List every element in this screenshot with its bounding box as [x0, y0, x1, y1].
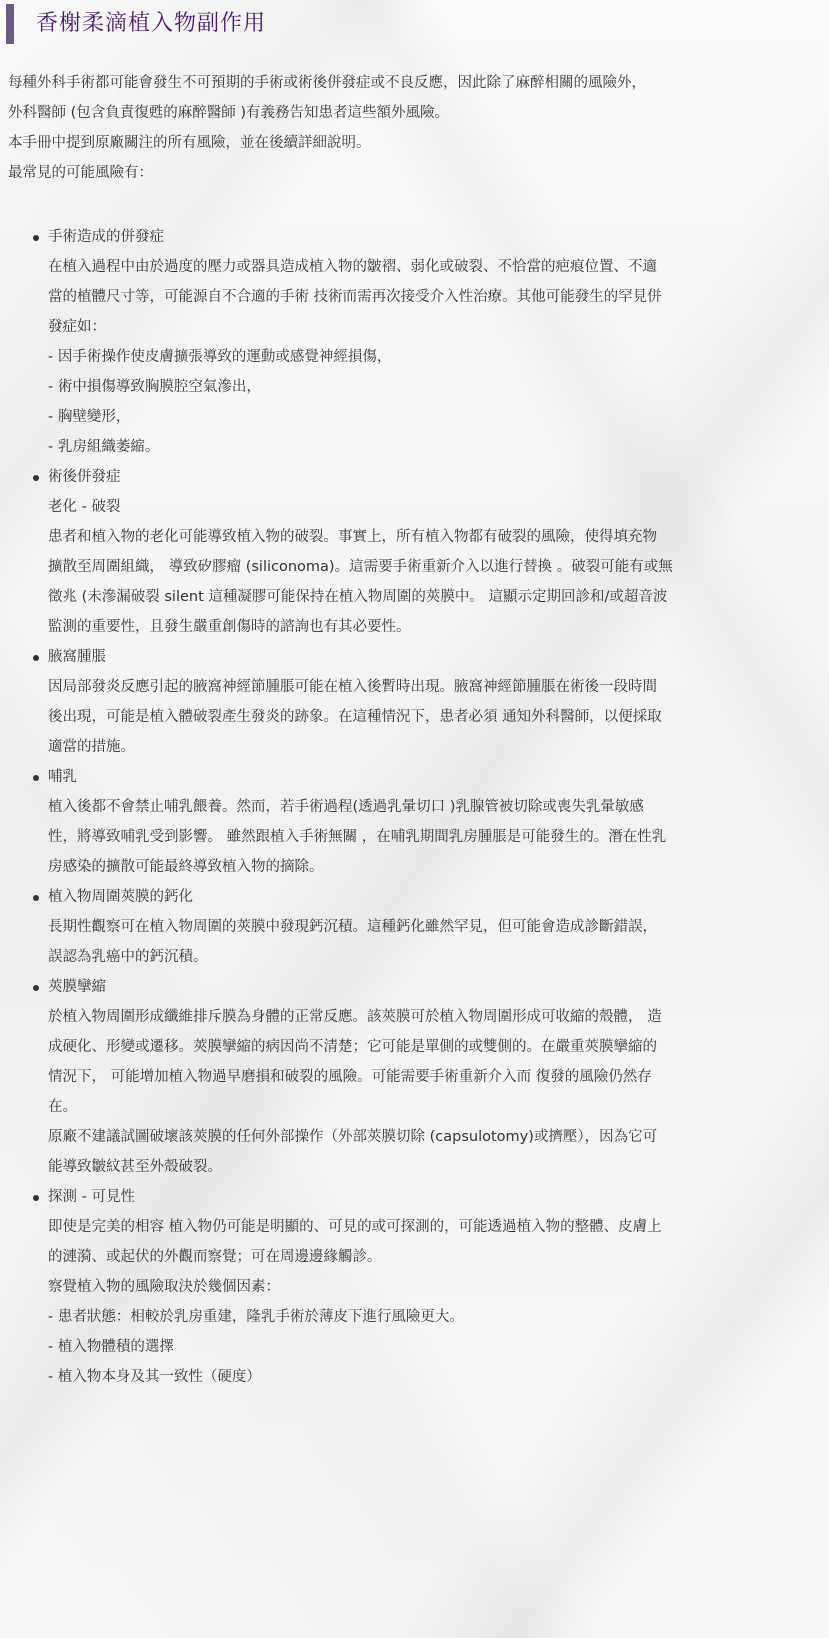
risk-text-line: - 乳房組織萎縮。	[0, 432, 829, 462]
bullet-icon	[33, 655, 39, 661]
risk-text-line: 能導致皺紋甚至外殼破裂。	[0, 1152, 829, 1182]
risk-text-line: - 術中損傷導致胸膜腔空氣滲出，	[0, 372, 829, 402]
risk-text-line: 適當的措施。	[0, 732, 829, 762]
intro-line: 最常見的可能風險有：	[8, 158, 818, 188]
risk-item-capsular-contracture: 莢膜攣縮 於植入物周圍形成纖維排斥膜為身體的正常反應。該莢膜可於植入物周圍形成可…	[0, 972, 829, 1182]
risk-text-line: 誤認為乳癌中的鈣沉積。	[0, 942, 829, 972]
risk-text-line: 徵兆 (未滲漏破裂 silent 這種凝膠可能保持在植入物周圍的莢膜中。 這顯示…	[0, 582, 829, 612]
risk-text-line: 在。	[0, 1092, 829, 1122]
risk-heading: 術後併發症	[48, 469, 121, 485]
risk-text-line: 在植入過程中由於過度的壓力或器具造成植入物的皺褶、弱化或破裂、不恰當的疤痕位置、…	[0, 252, 829, 282]
risk-text-line: 房感染的擴散可能最終導致植入物的摘除。	[0, 852, 829, 882]
risk-text-line: 擴散至周圍組織， 導致矽膠瘤 (siliconoma)。這需要手術重新介入以進行…	[0, 552, 829, 582]
risk-text-line: 發症如：	[0, 312, 829, 342]
risk-text-line: 於植入物周圍形成纖維排斥膜為身體的正常反應。該莢膜可於植入物周圍形成可收縮的殼體…	[0, 1002, 829, 1032]
bullet-icon	[33, 775, 39, 781]
risk-heading: 哺乳	[48, 769, 77, 785]
risk-text-line: 監測的重要性，且發生嚴重創傷時的諮詢也有其必要性。	[0, 612, 829, 642]
page-title: 香榭柔滴植入物副作用	[36, 4, 266, 44]
risk-text-line: 情況下， 可能增加植入物過早磨損和破裂的風險。可能需要手術重新介入而 復發的風險…	[0, 1062, 829, 1092]
risk-item-surgical-complications: 手術造成的併發症 在植入過程中由於過度的壓力或器具造成植入物的皺褶、弱化或破裂、…	[0, 222, 829, 462]
risk-heading: 腋窩腫脹	[48, 649, 106, 665]
risk-text-line: 即使是完美的相容 植入物仍可能是明顯的、可見的或可探測的，可能透過植入物的整體、…	[0, 1212, 829, 1242]
risk-text-line: 原廠不建議試圖破壞該莢膜的任何外部操作（外部莢膜切除 (capsulotomy)…	[0, 1122, 829, 1152]
risk-item-axillary-swelling: 腋窩腫脹 因局部發炎反應引起的腋窩神經節腫脹可能在植入後暫時出現。腋窩神經節腫脹…	[0, 642, 829, 762]
risk-text-line: 因局部發炎反應引起的腋窩神經節腫脹可能在植入後暫時出現。腋窩神經節腫脹在術後一段…	[0, 672, 829, 702]
bullet-icon	[33, 985, 39, 991]
risk-text-line: 植入後都不會禁止哺乳餵養。然而，若手術過程(透過乳暈切口 )乳腺管被切除或喪失乳…	[0, 792, 829, 822]
risk-heading: 莢膜攣縮	[48, 979, 106, 995]
risk-item-breastfeeding: 哺乳 植入後都不會禁止哺乳餵養。然而，若手術過程(透過乳暈切口 )乳腺管被切除或…	[0, 762, 829, 882]
risk-text-line: 性，將導致哺乳受到影響。 雖然跟植入手術無關 ，在哺乳期間乳房腫脹是可能發生的。…	[0, 822, 829, 852]
page-title-row: 香榭柔滴植入物副作用	[6, 4, 266, 44]
risk-text-line: - 植入物本身及其一致性（硬度）	[0, 1362, 829, 1392]
intro-line: 每種外科手術都可能會發生不可預期的手術或術後併發症或不良反應，因此除了麻醉相關的…	[8, 68, 818, 98]
risk-text-line: 的漣漪、或起伏的外觀而察覺；可在周邊邊緣觸診。	[0, 1242, 829, 1272]
risk-text-line: 察覺植入物的風險取決於幾個因素：	[0, 1272, 829, 1302]
bullet-icon	[33, 895, 39, 901]
risk-text-line: 長期性觀察可在植入物周圍的莢膜中發現鈣沉積。這種鈣化雖然罕見，但可能會造成診斷錯…	[0, 912, 829, 942]
risk-text-line: - 患者狀態：相較於乳房重建，隆乳手術於薄皮下進行風險更大。	[0, 1302, 829, 1332]
risk-text-line: - 植入物體積的選擇	[0, 1332, 829, 1362]
risk-text-line: 當的植體尺寸等，可能源自不合適的手術 技術而需再次接受介入性治療。其他可能發生的…	[0, 282, 829, 312]
bullet-icon	[33, 235, 39, 241]
risk-text-line: 患者和植入物的老化可能導致植入物的破裂。事實上，所有植入物都有破裂的風險，使得填…	[0, 522, 829, 552]
intro-paragraph: 每種外科手術都可能會發生不可預期的手術或術後併發症或不良反應，因此除了麻醉相關的…	[8, 68, 818, 188]
risk-subheading: 老化 - 破裂	[0, 492, 829, 522]
risk-item-detection-visibility: 探測 - 可見性 即使是完美的相容 植入物仍可能是明顯的、可見的或可探測的，可能…	[0, 1182, 829, 1392]
risk-text-line: - 胸壁變形，	[0, 402, 829, 432]
title-accent-bar	[6, 4, 14, 44]
risk-text-line: 成硬化、形變或遷移。莢膜攣縮的病因尚不清楚；它可能是單側的或雙側的。在嚴重莢膜攣…	[0, 1032, 829, 1062]
risk-item-calcification: 植入物周圍莢膜的鈣化 長期性觀察可在植入物周圍的莢膜中發現鈣沉積。這種鈣化雖然罕…	[0, 882, 829, 972]
risk-item-postop-complications: 術後併發症 老化 - 破裂 患者和植入物的老化可能導致植入物的破裂。事實上，所有…	[0, 462, 829, 642]
risk-text-line: - 因手術操作使皮膚擴張導致的運動或感覺神經損傷，	[0, 342, 829, 372]
bullet-icon	[33, 1195, 39, 1201]
intro-line: 本手冊中提到原廠關注的所有風險，並在後續詳細說明。	[8, 128, 818, 158]
risk-heading: 手術造成的併發症	[48, 229, 164, 245]
risk-text-line: 後出現，可能是植入體破裂產生發炎的跡象。在這種情況下，患者必須 通知外科醫師，以…	[0, 702, 829, 732]
risk-heading: 探測 - 可見性	[48, 1189, 135, 1205]
risk-heading: 植入物周圍莢膜的鈣化	[48, 889, 193, 905]
bullet-icon	[33, 475, 39, 481]
intro-line: 外科醫師 (包含負責復甦的麻醉醫師 )有義務告知患者這些額外風險。	[8, 98, 818, 128]
risk-list: 手術造成的併發症 在植入過程中由於過度的壓力或器具造成植入物的皺褶、弱化或破裂、…	[0, 222, 829, 1392]
